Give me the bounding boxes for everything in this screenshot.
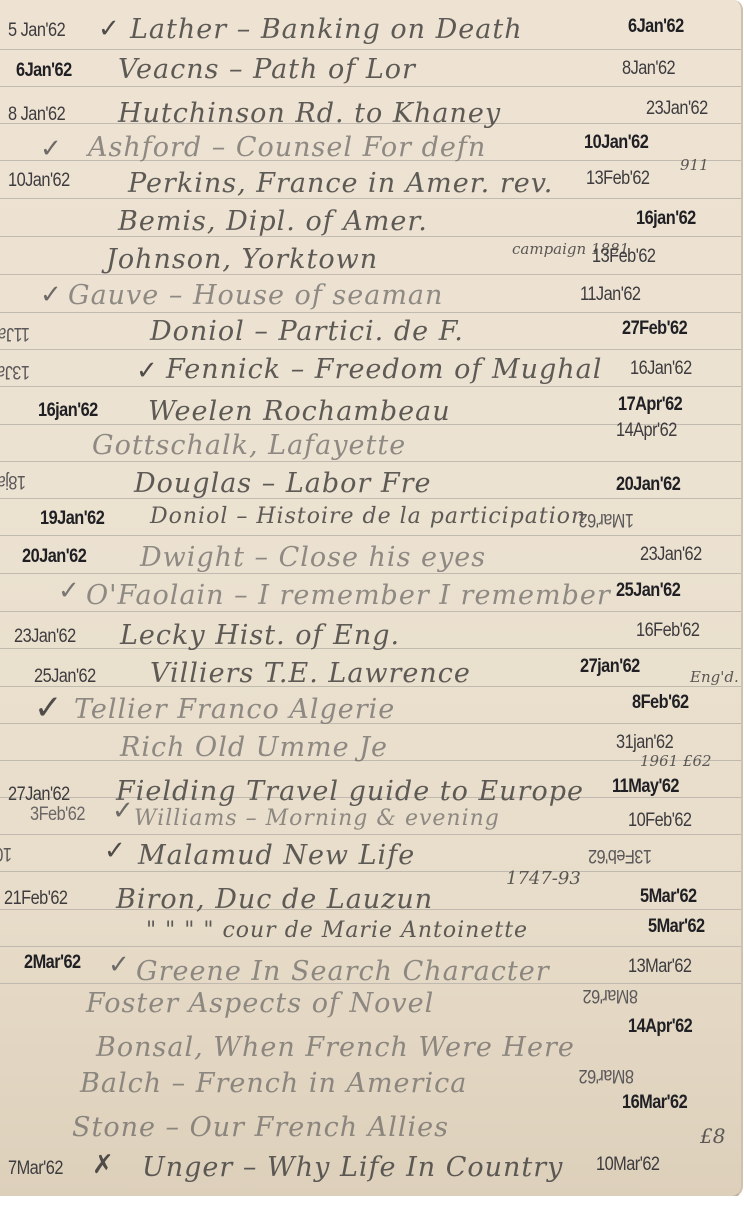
checkmark-icon: ✓ [58, 576, 80, 606]
library-card: 5 Jan'62 ✓ Lather – Banking on Death 6Ja… [0, 0, 743, 1198]
left-date-stamp: 20Jan'62 [22, 546, 86, 568]
card-row: 8 Jan'62 Hutchinson Rd. to Khaney 23Jan'… [0, 90, 741, 128]
right-date-stamp: 14Apr'62 [628, 1016, 692, 1038]
right-date-stamp: 16Mar'62 [622, 1092, 687, 1114]
card-row: 2Mar'62 ✓ Greene In Search Character 13M… [0, 950, 741, 988]
right-date-stamp-inverted: 8Mar'62 [583, 984, 638, 1006]
book-entry: Malamud New Life [138, 840, 415, 871]
right-date-stamp: 10Mar'62 [596, 1154, 659, 1176]
right-date-stamp: 14Apr'62 [616, 420, 677, 442]
left-date-stamp: 3Feb'62 [30, 804, 85, 826]
card-row: ✓ Tellier Franco Algerie 8Feb'62 [0, 690, 741, 728]
right-date-stamp-inverted: 8Mar'62 [579, 1064, 634, 1086]
checkmark-icon: ✓ [112, 796, 134, 826]
book-entry: Bonsal, When French Were Here [96, 1032, 575, 1063]
left-date-stamp: 7Mar'62 [8, 1158, 63, 1180]
book-entry: Johnson, Yorktown [106, 244, 378, 275]
right-date-stamp: 13Mar'62 [628, 956, 691, 978]
left-date-stamp: 19Jan'62 [40, 508, 104, 530]
checkmark-icon: ✓ [34, 688, 63, 728]
book-entry: Doniol – Histoire de la participation [150, 504, 586, 529]
card-row: Stone – Our French Allies 16Mar'62 [0, 1100, 741, 1138]
right-date-stamp: 10Jan'62 [584, 132, 648, 154]
right-date-stamp: 5Mar'62 [648, 916, 705, 938]
book-entry: Hutchinson Rd. to Khaney [118, 98, 501, 129]
right-date-stamp: 11Jan'62 [580, 284, 640, 306]
right-date-stamp-inverted: 1Mar'62 [579, 508, 634, 530]
card-row: 10Feb'62 ✓ Malamud New Life 13Feb'62 [0, 836, 741, 874]
right-date-stamp: 25Jan'62 [616, 580, 680, 602]
right-date-stamp: 17Apr'62 [618, 394, 682, 416]
book-entry: Veacns – Path of Lor [118, 54, 416, 85]
cross-mark-icon: ✗ [92, 1150, 114, 1180]
right-date-stamp: 27jan'62 [580, 656, 640, 678]
right-date-stamp: 23Jan'62 [646, 98, 708, 120]
left-date-stamp: 23Jan'62 [14, 626, 76, 648]
left-date-stamp: 25Jan'62 [34, 666, 96, 688]
background [0, 1196, 744, 1208]
right-date-stamp: 10Feb'62 [628, 810, 692, 832]
book-entry: Greene In Search Character [136, 956, 550, 987]
card-row: Johnson, Yorktown campaign 1881 13Feb'62 [0, 240, 741, 278]
left-date-stamp: 16jan'62 [38, 400, 98, 422]
right-date-stamp: 23Jan'62 [640, 544, 702, 566]
book-entry: Biron, Duc de Lauzun [116, 884, 433, 915]
book-entry: Gottschalk, Lafayette [92, 430, 406, 461]
book-entry: Williams – Morning & evening [134, 806, 500, 831]
card-row: 7Mar'62 ✗ Unger – Why Life In Country 10… [0, 1148, 741, 1186]
right-date-stamp: 20Jan'62 [616, 474, 680, 496]
book-entry: Lecky Hist. of Eng. [120, 620, 400, 651]
card-row: ✓ Ashford – Counsel For defn 10Jan'62 91… [0, 126, 741, 164]
checkmark-icon: ✓ [98, 14, 120, 44]
margin-note: Eng'd. [690, 668, 739, 686]
book-entry: Douglas – Labor Fre [134, 468, 432, 499]
right-date-stamp: 11May'62 [612, 776, 679, 798]
card-row: Bemis, Dipl. of Amer. 16jan'62 [0, 202, 741, 240]
card-row: ✓ O'Faolain – I remember I remember 25Ja… [0, 576, 741, 614]
left-date-stamp-inverted: 13Jan'62 [0, 360, 30, 382]
checkmark-icon: ✓ [108, 950, 130, 980]
book-entry: Stone – Our French Allies [72, 1112, 449, 1143]
book-entry: Doniol – Partici. de F. [150, 316, 464, 347]
book-entry: Dwight – Close his eyes [140, 542, 486, 573]
card-row: 18jan'62 Douglas – Labor Fre 20Jan'62 [0, 464, 741, 502]
book-entry: Bemis, Dipl. of Amer. [118, 206, 428, 237]
right-date-stamp: 16Feb'62 [636, 620, 700, 642]
book-entry: Perkins, France in Amer. rev. [128, 168, 553, 199]
right-date-stamp: 13Feb'62 [592, 246, 656, 268]
margin-note: £8 [700, 1124, 725, 1148]
card-row: 1747-93 21Feb'62 Biron, Duc de Lauzun 5M… [0, 876, 741, 914]
right-date-stamp: 16jan'62 [636, 208, 696, 230]
checkmark-icon: ✓ [136, 356, 158, 386]
book-entry: Tellier Franco Algerie [74, 694, 395, 725]
book-entry: Rich Old Umme Je [120, 732, 388, 763]
right-date-stamp: 8Feb'62 [632, 692, 689, 714]
left-date-stamp-inverted: 11Jan'62 [0, 322, 30, 344]
card-row: 13Jan'62 ✓ Fennick – Freedom of Mughal 1… [0, 352, 741, 390]
left-date-stamp: 5 Jan'62 [8, 20, 65, 42]
book-entry: Weelen Rochambeau [148, 396, 451, 427]
card-row: 10Jan'62 Perkins, France in Amer. rev. 1… [0, 164, 741, 202]
card-row: 6Jan'62 Veacns – Path of Lor 8Jan'62 [0, 52, 741, 90]
right-date-stamp: 16Jan'62 [630, 358, 692, 380]
checkmark-icon: ✓ [104, 836, 126, 866]
checkmark-icon: ✓ [40, 134, 62, 164]
left-date-stamp: 21Feb'62 [4, 888, 68, 910]
book-entry: O'Faolain – I remember I remember [86, 580, 611, 611]
book-entry: Villiers T.E. Lawrence [150, 658, 471, 689]
card-row: Gottschalk, Lafayette 14Apr'62 [0, 426, 741, 464]
card-row: Bonsal, When French Were Here 14Apr'62 [0, 1024, 741, 1062]
book-entry: Foster Aspects of Novel [86, 988, 434, 1019]
left-date-stamp: 6Jan'62 [16, 60, 72, 82]
book-entry: " " " " cour de Marie Antoinette [146, 918, 528, 943]
book-entry: Balch – French in America [80, 1068, 467, 1099]
card-row: 25Jan'62 Villiers T.E. Lawrence 27jan'62… [0, 652, 741, 690]
checkmark-icon: ✓ [40, 280, 62, 310]
card-row: " " " " cour de Marie Antoinette 5Mar'62 [0, 914, 741, 952]
left-date-stamp: 8 Jan'62 [8, 104, 65, 126]
right-date-stamp: 8Jan'62 [622, 58, 675, 80]
card-row: 19Jan'62 Doniol – Histoire de la partici… [0, 502, 741, 540]
card-row: 5 Jan'62 ✓ Lather – Banking on Death 6Ja… [0, 14, 741, 52]
right-date-stamp: 5Mar'62 [640, 886, 697, 908]
card-row: 20Jan'62 Dwight – Close his eyes 23Jan'6… [0, 540, 741, 578]
book-entry: Unger – Why Life In Country [142, 1152, 563, 1183]
book-entry: Lather – Banking on Death [130, 14, 523, 45]
book-entry: Gauve – House of seaman [68, 280, 443, 311]
right-date-stamp-inverted: 13Feb'62 [588, 844, 652, 866]
card-row: Rich Old Umme Je 31jan'62 1961 £62 [0, 726, 741, 764]
card-row: 11Jan'62 Doniol – Partici. de F. 27Feb'6… [0, 314, 741, 352]
card-row: 23Jan'62 Lecky Hist. of Eng. 16Feb'62 [0, 614, 741, 652]
card-row: ✓ Gauve – House of seaman 11Jan'62 [0, 278, 741, 316]
card-row: 3Feb'62 ✓ Williams – Morning & evening 1… [0, 800, 741, 838]
left-date-stamp: 10Jan'62 [8, 170, 70, 192]
book-entry: Ashford – Counsel For defn [88, 132, 486, 163]
left-date-stamp-inverted: 18jan'62 [0, 470, 26, 492]
margin-note: 1747-93 [506, 868, 581, 889]
left-date-stamp: 2Mar'62 [24, 952, 81, 974]
right-date-stamp: 13Feb'62 [586, 168, 650, 190]
right-date-stamp: 6Jan'62 [628, 16, 684, 38]
book-entry: Fennick – Freedom of Mughal [166, 354, 602, 385]
right-date-stamp: 31jan'62 [616, 732, 673, 754]
left-date-stamp-inverted: 10Feb'62 [0, 842, 12, 864]
right-date-stamp: 27Feb'62 [622, 318, 687, 340]
